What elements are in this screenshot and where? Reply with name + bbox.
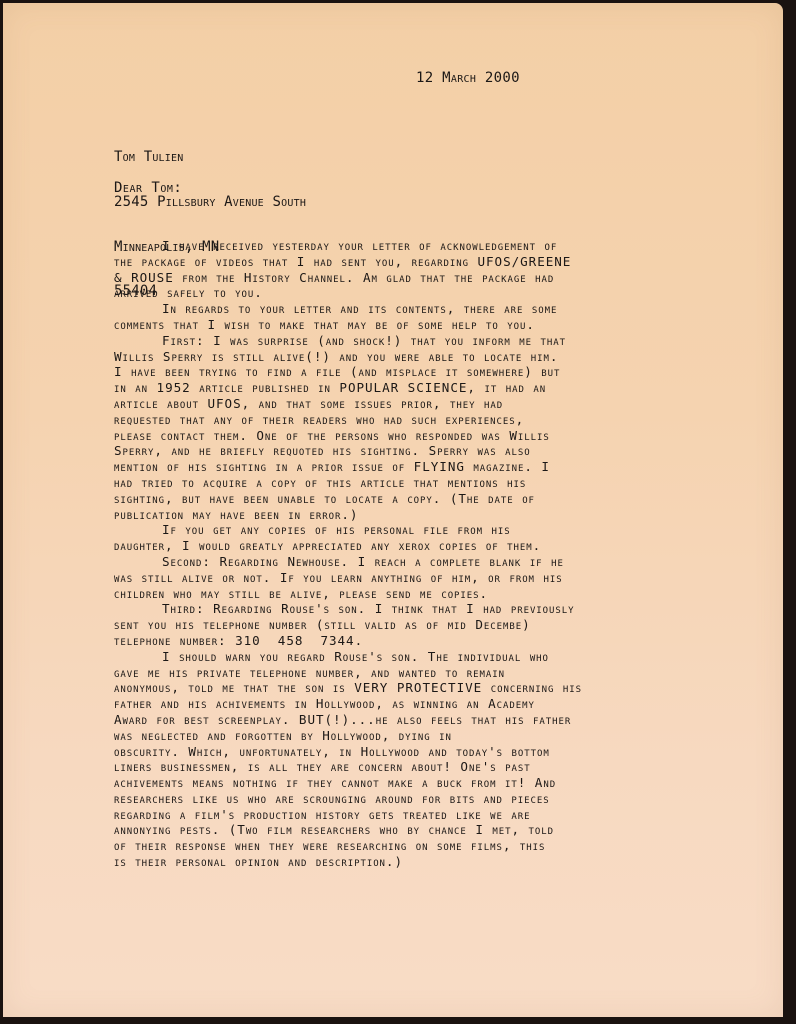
body-line: anonymous, told me that the son is VERY … — [114, 680, 582, 696]
body-line: achivements means nothing if they cannot… — [114, 775, 582, 791]
body-line: the package of videos that I had sent yo… — [114, 254, 582, 270]
body-line: daughter, I would greatly appreciated an… — [114, 538, 582, 554]
body-line: I have been trying to find a file (and m… — [114, 364, 582, 380]
body-line: was still alive or not. If you learn any… — [114, 570, 582, 586]
body-line: in an 1952 article published in POPULAR … — [114, 380, 582, 396]
body-line: children who may still be alive, please … — [114, 586, 582, 602]
body-line: father and his achivements in Hollywood,… — [114, 696, 582, 712]
body-line: & ROUSE from the History Channel. Am gla… — [114, 270, 582, 286]
body-line: I have received yesterday your letter of… — [114, 238, 582, 254]
body-line: Third: Regarding Rouse's son. I think th… — [114, 601, 582, 617]
body-line: mention of his sighting in a prior issue… — [114, 459, 582, 475]
body-line: First: I was surprise (and shock!) that … — [114, 333, 582, 349]
body-line: had tried to acquire a copy of this arti… — [114, 475, 582, 491]
letter-body: I have received yesterday your letter of… — [114, 238, 582, 870]
body-line: In regards to your letter and its conten… — [114, 301, 582, 317]
body-line: arrived safely to you. — [114, 285, 582, 301]
body-line: gave me his private telephone number, an… — [114, 665, 582, 681]
body-line: of their response when they were researc… — [114, 838, 582, 854]
body-line: sighting, but have been unable to locate… — [114, 491, 582, 507]
letter-date: 12 March 2000 — [416, 71, 520, 87]
body-line: If you get any copies of his personal fi… — [114, 522, 582, 538]
body-line: annonying pests. (Two film researchers w… — [114, 822, 582, 838]
body-line: is their personal opinion and descriptio… — [114, 854, 582, 870]
body-line: publication may have been in error.) — [114, 507, 582, 523]
body-line: article about UFOS, and that some issues… — [114, 396, 582, 412]
body-line: sent you his telephone number (still val… — [114, 617, 582, 633]
body-line: please contact them. One of the persons … — [114, 428, 582, 444]
body-line: Second: Regarding Newhouse. I reach a co… — [114, 554, 582, 570]
body-line: regarding a film's production history ge… — [114, 807, 582, 823]
body-line: I should warn you regard Rouse's son. Th… — [114, 649, 582, 665]
body-line: obscurity. Which, unfortunately, in Holl… — [114, 744, 582, 760]
body-line: researchers like us who are scrounging a… — [114, 791, 582, 807]
body-line: comments that I wish to make that may be… — [114, 317, 582, 333]
body-line: telephone number: 310 458 7344. — [114, 633, 582, 649]
recipient-street: 2545 Pillsbury Avenue South — [114, 195, 306, 211]
body-line: liners businessmen, is all they are conc… — [114, 759, 582, 775]
body-line: requested that any of their readers who … — [114, 412, 582, 428]
body-line: Award for best screenplay. BUT(!)...he a… — [114, 712, 582, 728]
recipient-name: Tom Tulien — [114, 150, 306, 166]
salutation: Dear Tom: — [114, 181, 182, 197]
body-line: was neglected and forgotten by Hollywood… — [114, 728, 582, 744]
body-line: Sperry, and he briefly requoted his sigh… — [114, 443, 582, 459]
letter-page: 12 March 2000 Tom Tulien 2545 Pillsbury … — [3, 3, 783, 1017]
body-line: Willis Sperry is still alive(!) and you … — [114, 349, 582, 365]
